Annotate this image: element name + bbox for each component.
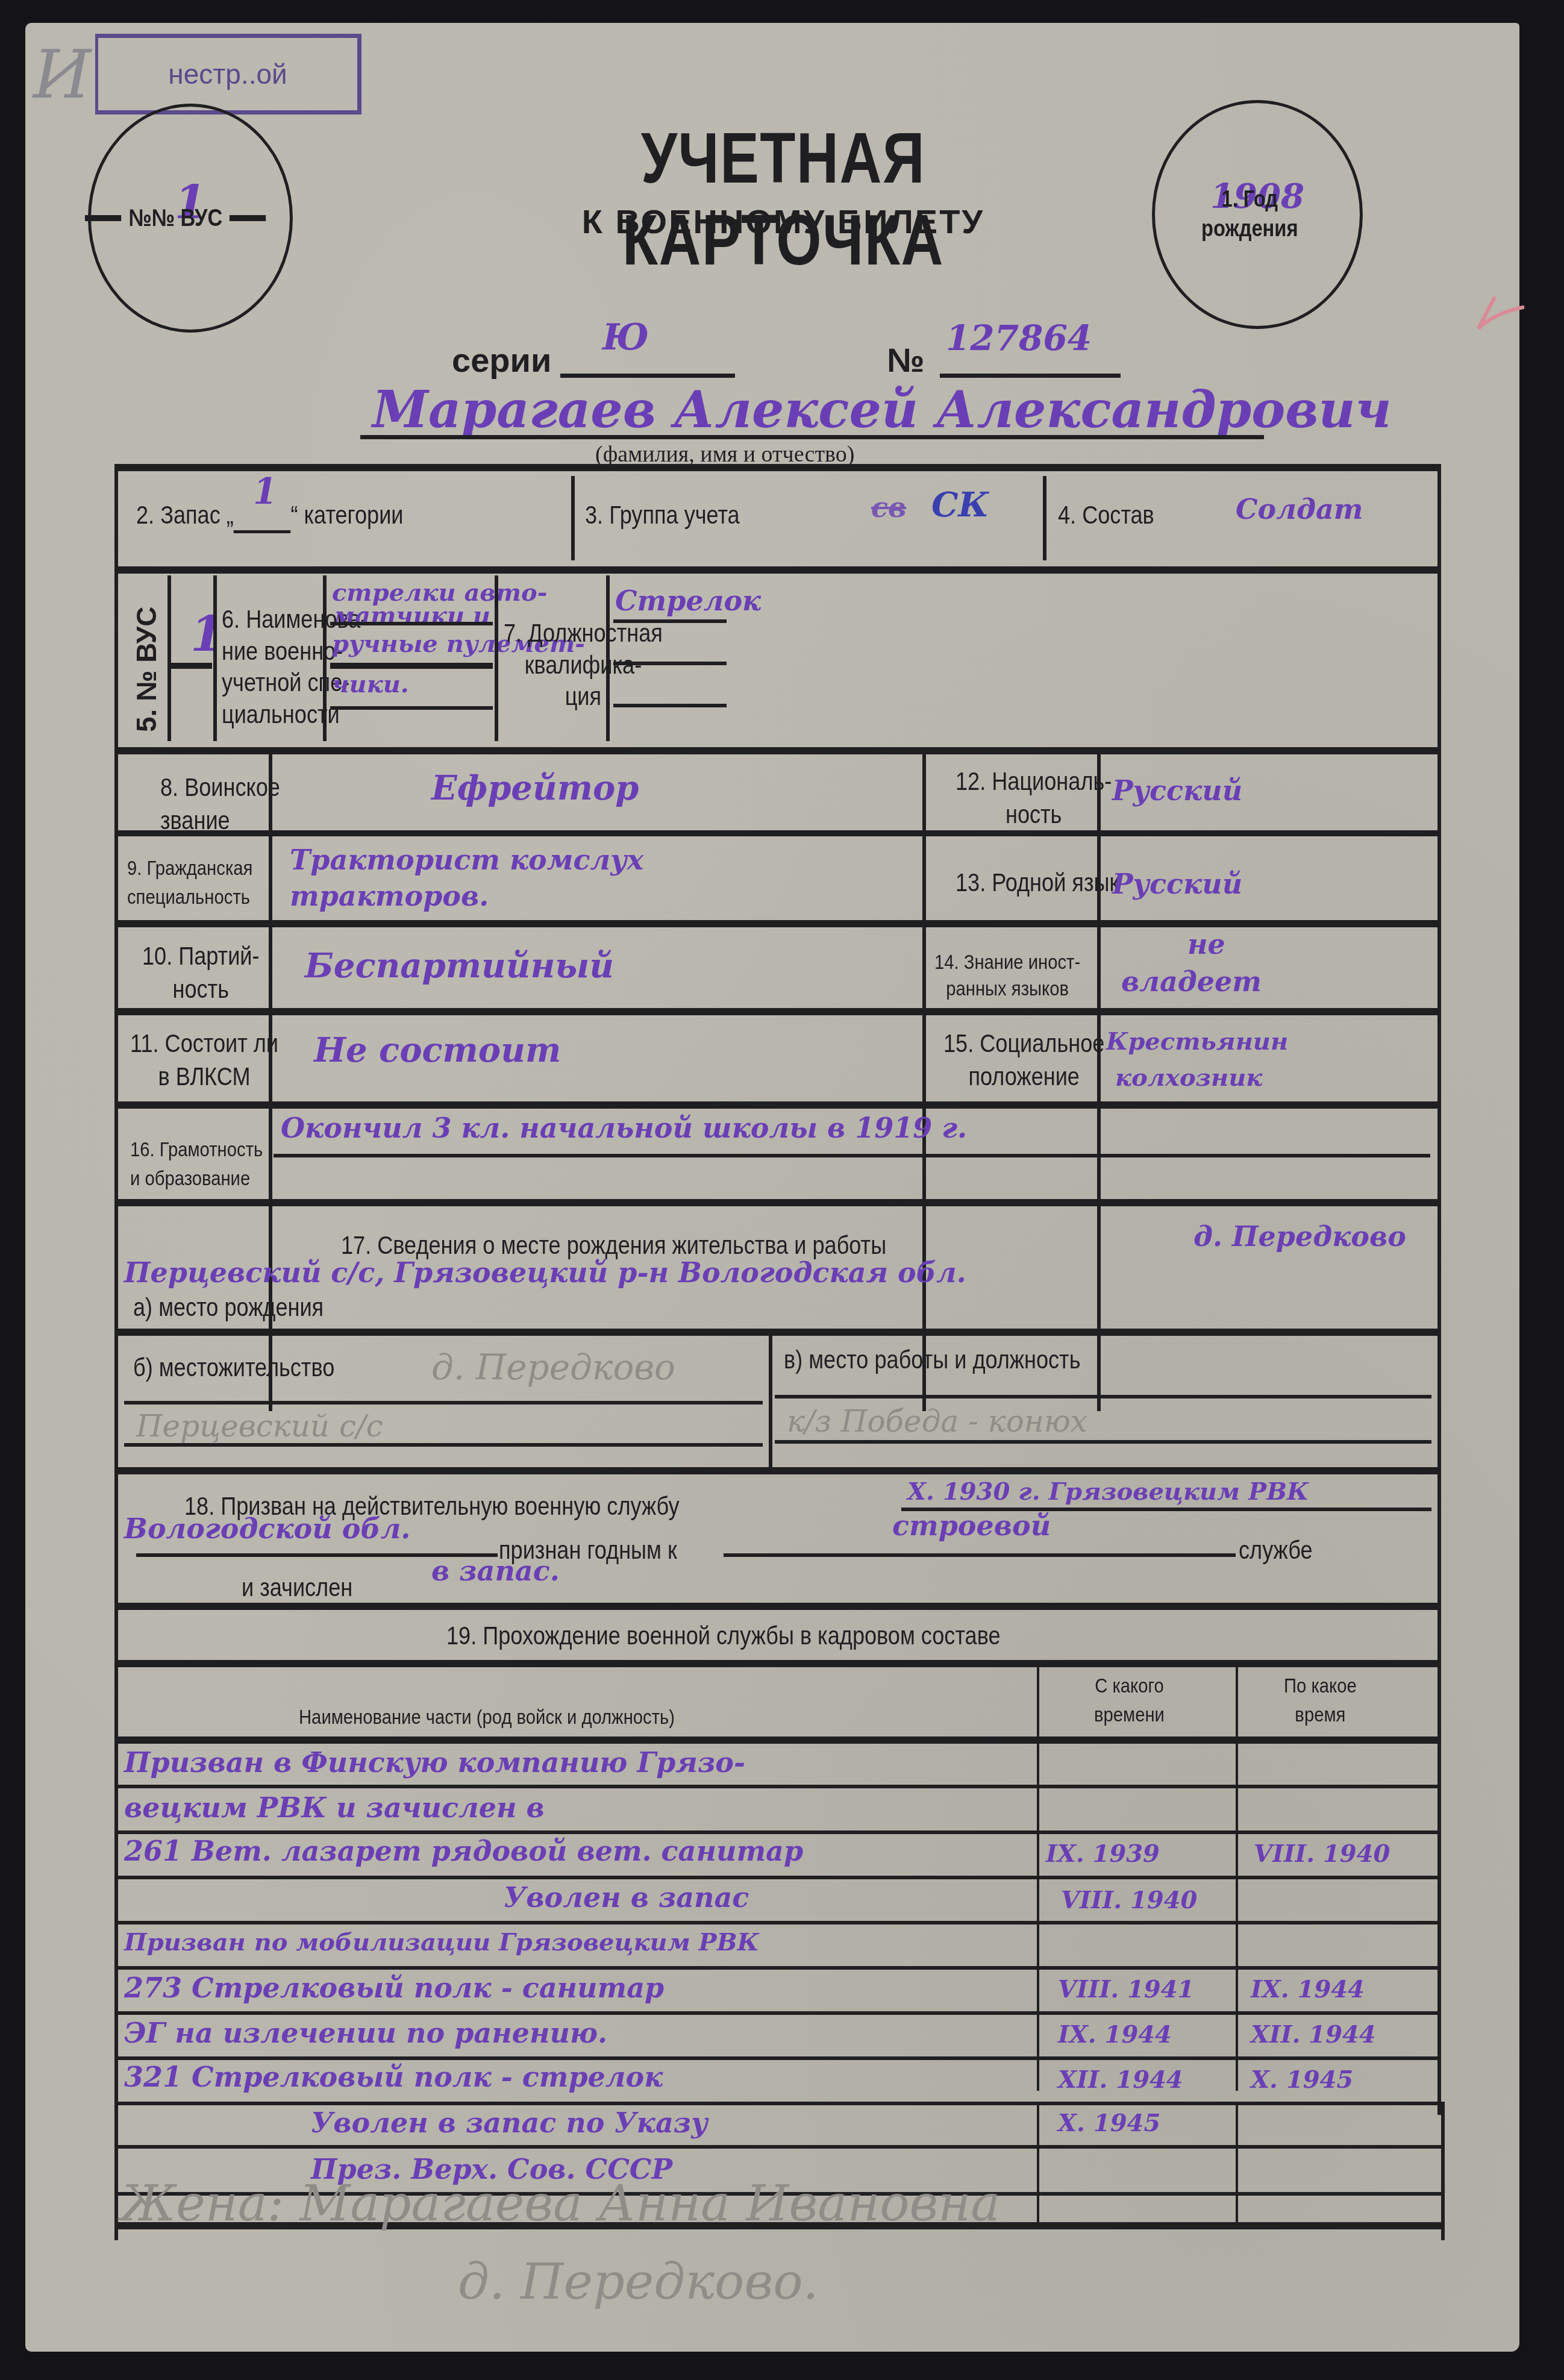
rule bbox=[118, 1876, 1437, 1879]
field-11-label: 11. Состоит ли в ВЛКСМ bbox=[130, 1027, 278, 1093]
field-17c-label: в) место работы и должность bbox=[784, 1345, 1080, 1375]
field-2-value: 1 bbox=[253, 470, 277, 513]
service-table-title: 19. Прохождение военной службы в кадрово… bbox=[446, 1621, 1001, 1651]
rule bbox=[323, 575, 327, 741]
field-9-value-line: тракторов. bbox=[290, 880, 489, 912]
field-2-blank: 1 bbox=[234, 500, 291, 533]
field-2-prefix: 2. Запас „ bbox=[136, 501, 234, 529]
rule bbox=[118, 1008, 1437, 1015]
rule bbox=[118, 566, 1437, 574]
field-17b-value-line1: д. Передково bbox=[431, 1347, 675, 1388]
field-11-value: Не состоит bbox=[314, 1030, 561, 1070]
field-14-value-line: владеет bbox=[1121, 965, 1262, 998]
stamp-text: нестр..ой bbox=[168, 58, 287, 90]
field-8-label: 8. Воинское звание bbox=[160, 771, 280, 837]
field-14-label-line: ранных языков bbox=[934, 975, 1080, 1002]
rule bbox=[330, 622, 493, 625]
full-name-value: Марагаев Алексей Александрович bbox=[372, 380, 1392, 439]
service-row-unit: Призван по мобилизации Грязовецким РВК bbox=[124, 1928, 759, 1956]
vus-circle-label: №№ ВУС bbox=[85, 204, 266, 233]
field-15-value-line: колхозник bbox=[1115, 1063, 1262, 1092]
column-header-from-line: времени bbox=[1094, 1701, 1165, 1730]
rule bbox=[118, 1660, 1437, 1667]
rule bbox=[167, 575, 171, 741]
rule bbox=[124, 1401, 763, 1405]
rule bbox=[118, 2145, 1441, 2149]
field-18-enrolled-label: и зачислен bbox=[242, 1573, 352, 1603]
field-16-value: Окончил 3 кл. начальной школы в 1919 г. bbox=[281, 1112, 967, 1144]
birth-year-label-line1: 1. Год bbox=[1201, 185, 1298, 215]
field-9-label-line: 9. Гражданская bbox=[127, 854, 252, 883]
field-5-label: 5. № ВУС bbox=[130, 606, 163, 732]
rule bbox=[124, 1443, 763, 1447]
series-value: Ю bbox=[602, 316, 649, 359]
field-2-label: 2. Запас „1 “ категории bbox=[136, 500, 404, 533]
field-16-label: 16. Грамотность и образование bbox=[130, 1136, 263, 1193]
field-12-value: Русский bbox=[1112, 774, 1242, 807]
service-row-unit: 261 Вет. лазарет рядовой вет. санитар bbox=[124, 1835, 803, 1867]
service-row-unit: Уволен в запас bbox=[504, 1881, 749, 1914]
field-17a-label: а) место рождения bbox=[133, 1292, 324, 1323]
service-row-from: IX. 1944 bbox=[1058, 2020, 1172, 2049]
field-2-suffix: “ категории bbox=[290, 501, 403, 529]
field-10-label-line: 10. Партий- bbox=[142, 940, 260, 973]
rule bbox=[118, 830, 1437, 836]
rule bbox=[118, 1830, 1437, 1834]
field-17-birthplace-line2: Перцевский с/с, Грязовецкий р-н Вологодс… bbox=[124, 1256, 966, 1289]
rule bbox=[606, 575, 610, 741]
field-9-label-line: специальность bbox=[127, 883, 252, 912]
rule bbox=[269, 1112, 272, 1199]
birth-year-circle: 1908 1. Год рождения bbox=[1152, 100, 1363, 329]
rule bbox=[118, 1736, 1437, 1744]
column-header-from-line: С какого bbox=[1094, 1672, 1165, 1701]
field-8-value: Ефрейтор bbox=[431, 768, 639, 808]
field-15-label-line: 15. Социальное bbox=[943, 1027, 1104, 1060]
divider bbox=[230, 215, 266, 221]
field-17b-value-line2: Перцевский с/с bbox=[136, 1409, 383, 1444]
vus-label-text: №№ ВУС bbox=[129, 204, 223, 233]
rule bbox=[118, 1329, 1437, 1336]
field-17b-label: б) местожительство bbox=[133, 1353, 334, 1383]
non-combatant-stamp: нестр..ой bbox=[95, 34, 361, 114]
field-3-struck-value: св bbox=[871, 491, 906, 524]
service-row-from: VIII. 1941 bbox=[1058, 1975, 1194, 2003]
rule bbox=[118, 1966, 1437, 1970]
rule bbox=[118, 2011, 1437, 2015]
form-table: 2. Запас „1 “ категории 3. Группа учета … bbox=[114, 464, 1441, 2115]
field-4-label: 4. Состав bbox=[1058, 500, 1154, 530]
field-18-value-line2: Вологодской обл. bbox=[124, 1512, 410, 1545]
birth-year-label-line2: рождения bbox=[1201, 215, 1298, 244]
field-6-value-line: чики. bbox=[332, 670, 409, 698]
field-11-label-line: 11. Состоит ли bbox=[130, 1027, 278, 1060]
field-12-label: 12. Националь- ность bbox=[956, 765, 1112, 831]
field-14-value-line: не bbox=[1187, 928, 1225, 960]
field-8-label-line: 8. Воинское bbox=[160, 771, 280, 804]
column-header-unit: Наименование части (род войск и должност… bbox=[299, 1705, 675, 1730]
rule bbox=[1037, 2102, 1039, 2222]
rule bbox=[274, 1154, 1430, 1157]
field-13-label: 13. Родной язык bbox=[956, 868, 1119, 898]
rule bbox=[118, 464, 1437, 471]
rule bbox=[118, 1785, 1437, 1788]
service-row-unit: Уволен в запас по Указу bbox=[311, 2106, 708, 2139]
field-15-label-line: положение bbox=[943, 1060, 1104, 1094]
service-row-unit: 273 Стрелковый полк - санитар bbox=[124, 1971, 664, 2004]
field-13-value: Русский bbox=[1112, 868, 1242, 900]
service-row-to: XII. 1944 bbox=[1251, 2020, 1376, 2049]
rule bbox=[724, 1553, 1236, 1557]
rule bbox=[118, 1101, 1437, 1109]
rule bbox=[171, 663, 212, 669]
card-title: УЧЕТНАЯ КАРТОЧКА bbox=[487, 117, 1080, 281]
field-11-label-line: в ВЛКСМ bbox=[130, 1060, 278, 1094]
service-row-from: VIII. 1940 bbox=[1061, 1886, 1197, 1914]
field-10-label-line: ность bbox=[142, 973, 260, 1006]
birth-year-label: 1. Год рождения bbox=[1201, 185, 1298, 245]
vus-circle: 1 №№ ВУС bbox=[88, 104, 293, 333]
service-row-unit: вецким РВК и зачислен в bbox=[124, 1791, 545, 1824]
field-10-label: 10. Партий- ность bbox=[142, 940, 260, 1006]
field-17-birthplace-inline: д. Передково bbox=[1193, 1220, 1406, 1253]
rule bbox=[769, 1335, 772, 1470]
rule bbox=[613, 619, 727, 623]
rule bbox=[571, 476, 575, 560]
rule bbox=[1043, 476, 1046, 560]
ticket-number-value: 127864 bbox=[946, 318, 1092, 359]
footer-note-line2: д. Передково. bbox=[458, 2253, 819, 2311]
field-7-label-line: ция bbox=[504, 681, 663, 713]
rule bbox=[330, 663, 493, 669]
field-17c-value: к/з Победа - конюх bbox=[787, 1404, 1087, 1439]
rule bbox=[330, 706, 493, 710]
service-row-unit: ЭГ на излечении по ранению. bbox=[124, 2017, 607, 2049]
field-5-value: 1 bbox=[190, 606, 224, 662]
rule bbox=[118, 1603, 1437, 1610]
rule bbox=[922, 754, 926, 1411]
rule bbox=[118, 920, 1437, 927]
rule bbox=[775, 1395, 1431, 1398]
rule bbox=[613, 704, 727, 707]
field-9-label: 9. Гражданская специальность bbox=[127, 854, 252, 912]
rule bbox=[1236, 2102, 1238, 2222]
service-row-unit: Призван в Финскую компанию Грязо- bbox=[124, 1746, 745, 1779]
divider bbox=[85, 215, 121, 221]
full-name-field: Марагаев Алексей Александрович (фамилия,… bbox=[360, 368, 1288, 464]
field-15-value-line: Крестьянин bbox=[1106, 1027, 1288, 1056]
pencil-mark: И bbox=[33, 36, 91, 113]
field-12-label-line: 12. Националь- bbox=[956, 765, 1112, 798]
card-subtitle: К ВОЕННОМУ БИЛЕТУ bbox=[422, 202, 1145, 241]
service-row-unit: 321 Стрелковый полк - стрелок bbox=[124, 2061, 663, 2093]
service-row-from: X. 1945 bbox=[1058, 2109, 1160, 2137]
field-3-label: 3. Группа учета bbox=[585, 500, 740, 530]
field-7-value: Стрелок bbox=[615, 584, 761, 617]
rule bbox=[613, 662, 727, 665]
field-4-value: Солдат bbox=[1236, 493, 1363, 525]
field-12-label-line: ность bbox=[956, 798, 1112, 831]
column-header-to-line: время bbox=[1284, 1701, 1357, 1730]
service-row-to: X. 1945 bbox=[1251, 2065, 1353, 2094]
field-16-label-line: и образование bbox=[130, 1165, 263, 1194]
footer-note-line1: Жена: Марагаева Анна Ивановна bbox=[120, 2175, 1000, 2232]
rule bbox=[118, 2056, 1437, 2060]
field-3-value: СК bbox=[931, 485, 989, 525]
rule bbox=[213, 575, 217, 741]
field-16-label-line: 16. Грамотность bbox=[130, 1136, 263, 1165]
service-row-from: IX. 1939 bbox=[1046, 1840, 1160, 1868]
field-14-label-line: 14. Знание иност- bbox=[934, 949, 1080, 975]
rule bbox=[775, 1440, 1431, 1444]
field-10-value: Беспартийный bbox=[305, 946, 614, 986]
rule bbox=[495, 575, 498, 741]
field-18-value-line1: X. 1930 г. Грязовецким РВК bbox=[907, 1477, 1309, 1506]
field-18-fit-suffix: службе bbox=[1239, 1535, 1313, 1565]
column-header-from: С какого времени bbox=[1094, 1672, 1165, 1729]
field-14-label: 14. Знание иност- ранных языков bbox=[934, 949, 1080, 1002]
rule bbox=[118, 1199, 1437, 1206]
rule bbox=[118, 747, 1437, 754]
field-9-value-line: Тракторист комслух bbox=[290, 844, 643, 876]
column-header-to-line: По какое bbox=[1284, 1672, 1357, 1701]
full-name-underline bbox=[360, 435, 1264, 439]
service-row-to: IX. 1944 bbox=[1251, 1975, 1365, 2003]
field-6-label-line: циальности bbox=[222, 699, 368, 731]
service-row-from: XII. 1944 bbox=[1058, 2065, 1183, 2094]
rule bbox=[118, 1921, 1437, 1924]
field-15-label: 15. Социальное положение bbox=[943, 1027, 1104, 1093]
field-18-enrolled-value: в запас. bbox=[431, 1555, 560, 1587]
rule bbox=[118, 1467, 1437, 1474]
check-mark-icon bbox=[1470, 295, 1524, 331]
service-row-to: VIII. 1940 bbox=[1254, 1840, 1390, 1868]
column-header-to: По какое время bbox=[1284, 1672, 1357, 1729]
field-18-fit-value: строевой bbox=[892, 1509, 1051, 1542]
